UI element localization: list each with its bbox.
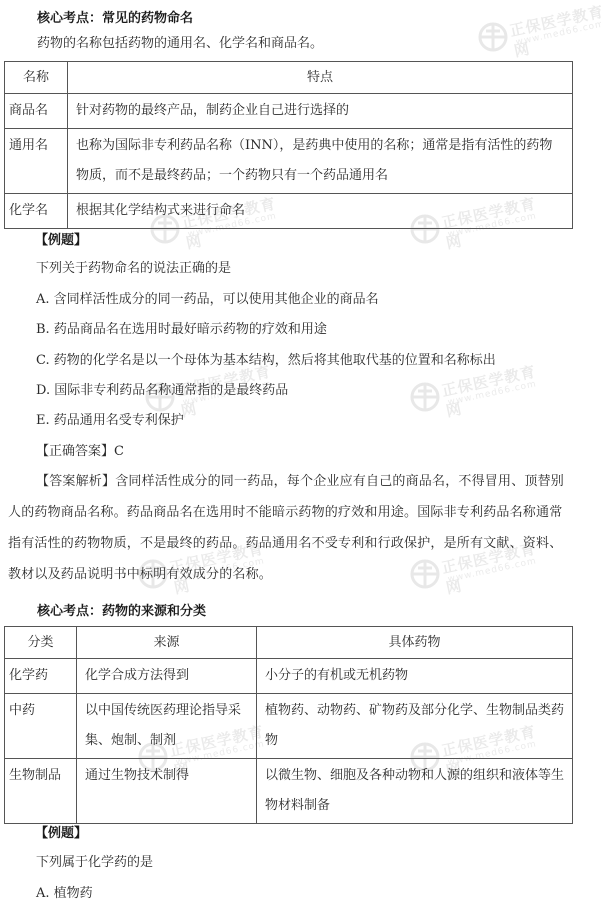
- table-row: 商品名 针对药物的最终产品，制药企业自己进行选择的: [5, 94, 573, 129]
- watermark-text: 正保医学教育网: [508, 0, 601, 61]
- table-cell-name: 通用名: [5, 129, 68, 194]
- table-cell-name: 商品名: [5, 94, 68, 129]
- watermark: 正保医学教育网 www.med66.com: [410, 378, 540, 418]
- table-cell-category: 生物制品: [5, 759, 77, 824]
- example-label: 【例题】: [35, 822, 87, 841]
- table-cell-category: 化学药: [5, 659, 77, 694]
- table-header-cell: 来源: [77, 627, 257, 659]
- watermark-url: www.med66.com: [447, 379, 538, 408]
- table-row: 化学名 根据其化学结构式来进行命名: [5, 194, 573, 229]
- option-a: A. 植物药: [36, 884, 93, 904]
- classification-table: 分类 来源 具体药物 化学药 化学合成方法得到 小分子的有机或无机药物 中药 以…: [4, 626, 573, 824]
- watermark-logo-icon: [478, 22, 508, 52]
- table-cell-drugs: 以微生物、细胞及各种动物和人源的组织和液体等生物材料制备: [257, 759, 573, 824]
- table-header-cell: 分类: [5, 627, 77, 659]
- table-row: 化学药 化学合成方法得到 小分子的有机或无机药物: [5, 659, 573, 694]
- table-cell-feature: 针对药物的最终产品，制药企业自己进行选择的: [68, 94, 573, 129]
- table-row: 通用名 也称为国际非专利药品名称（INN），是药典中使用的名称；通常是指有活性的…: [5, 129, 573, 194]
- table-cell-source: 以中国传统医药理论指导采集、炮制、制剂: [77, 694, 257, 759]
- table-header-cell: 特点: [68, 62, 573, 94]
- example-label: 【例题】: [35, 229, 87, 248]
- option-b: B. 药品商品名在选用时最好暗示药物的疗效和用途: [36, 320, 327, 340]
- analysis-label: 【答案解析】: [36, 474, 115, 489]
- table-cell-source: 通过生物技术制得: [77, 759, 257, 824]
- section-heading-sources: 核心考点：药物的来源和分类: [37, 600, 206, 619]
- table-cell-source: 化学合成方法得到: [77, 659, 257, 694]
- section-intro: 药物的名称包括药物的通用名、化学名和商品名。: [37, 34, 323, 54]
- section-heading-naming: 核心考点：常见的药物命名: [37, 7, 193, 26]
- table-row: 生物制品 通过生物技术制得 以微生物、细胞及各种动物和人源的组织和液体等生物材料…: [5, 759, 573, 824]
- option-c: C. 药物的化学名是以一个母体为基本结构，然后将其他取代基的位置和名称标出: [36, 351, 496, 371]
- table-cell-feature: 根据其化学结构式来进行命名: [68, 194, 573, 229]
- table-header-row: 分类 来源 具体药物: [5, 627, 573, 659]
- example-question: 下列属于化学药的是: [36, 853, 153, 873]
- table-cell-drugs: 植物药、动物药、矿物药及部分化学、生物制品类药物: [257, 694, 573, 759]
- option-e: E. 药品通用名受专利保护: [36, 411, 184, 431]
- table-cell-feature: 也称为国际非专利药品名称（INN），是药典中使用的名称；通常是指有活性的药物物质…: [68, 129, 573, 194]
- naming-table: 名称 特点 商品名 针对药物的最终产品，制药企业自己进行选择的 通用名 也称为国…: [4, 61, 573, 229]
- table-row: 中药 以中国传统医药理论指导采集、炮制、制剂 植物药、动物药、矿物药及部分化学、…: [5, 694, 573, 759]
- option-a: A. 含同样活性成分的同一药品，可以使用其他企业的商品名: [36, 290, 379, 310]
- table-cell-name: 化学名: [5, 194, 68, 229]
- table-header-cell: 名称: [5, 62, 68, 94]
- answer-analysis: 【答案解析】含同样活性成分的同一药品，每个企业应有自己的商品名，不得冒用、顶替别…: [8, 466, 568, 590]
- example-question: 下列关于药物命名的说法正确的是: [36, 259, 231, 279]
- correct-answer: 【正确答案】C: [36, 442, 124, 462]
- watermark-url: www.med66.com: [515, 19, 601, 48]
- watermark-logo-icon: [410, 382, 440, 412]
- table-cell-drugs: 小分子的有机或无机药物: [257, 659, 573, 694]
- analysis-text: 含同样活性成分的同一药品，每个企业应有自己的商品名，不得冒用、顶替别人的药物商品…: [8, 474, 564, 582]
- table-cell-category: 中药: [5, 694, 77, 759]
- watermark: 正保医学教育网 www.med66.com: [478, 18, 601, 58]
- correct-answer-label: 【正确答案】: [36, 444, 114, 459]
- table-header-cell: 具体药物: [257, 627, 573, 659]
- table-header-row: 名称 特点: [5, 62, 573, 94]
- correct-answer-value: C: [114, 444, 124, 459]
- option-d: D. 国际非专利药品名称通常指的是最终药品: [36, 381, 288, 401]
